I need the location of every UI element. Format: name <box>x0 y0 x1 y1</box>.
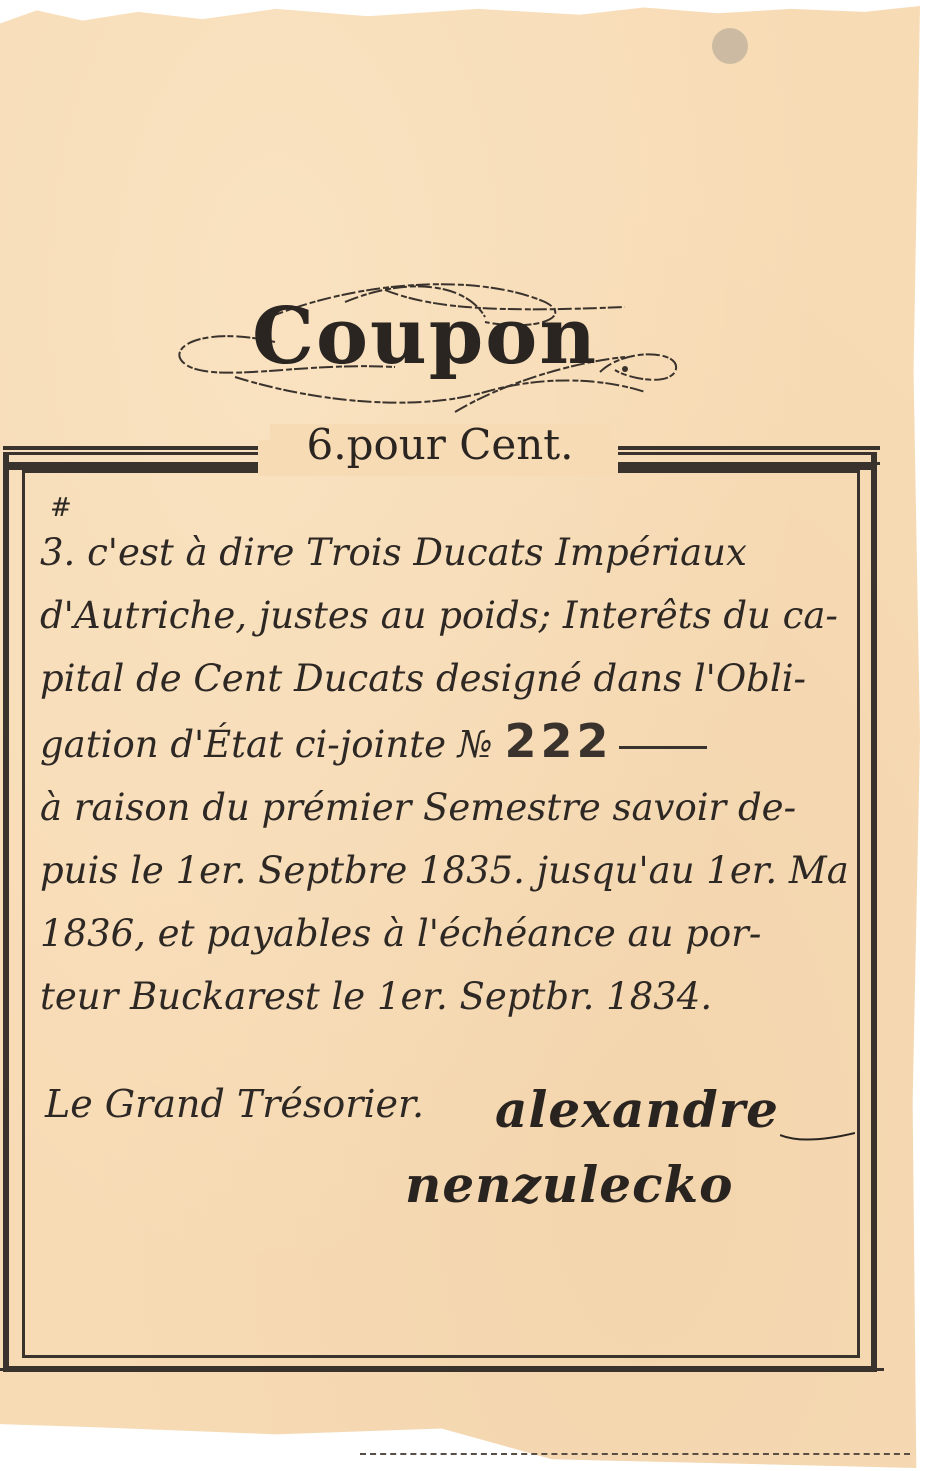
body-line: pital de Cent Ducats designé dans l'Obli… <box>40 647 850 710</box>
signature-line-1: alexandre <box>495 1080 779 1139</box>
paper-stain <box>712 28 748 64</box>
body-line: teur Buckarest le 1er. Septbr. 1834. <box>40 965 850 1028</box>
bond-number: 222 <box>505 714 613 768</box>
interest-rate-heading: 6.pour Cent. <box>270 424 610 466</box>
signatory-label: Le Grand Trésorier. <box>45 1082 424 1126</box>
body-line: puis le 1er. Septbre 1835. jusqu'au 1er.… <box>40 839 850 902</box>
coupon-title: Coupon <box>245 298 605 376</box>
fill-line <box>619 746 707 749</box>
body-line-text: gation d'État ci-jointe № <box>40 723 493 766</box>
outer-border-bottom-line <box>0 1368 884 1371</box>
signature-line-2: nenzulecko <box>405 1155 734 1214</box>
body-line: à raison du prémier Semestre savoir de- <box>40 776 850 839</box>
body-line: d'Autriche, justes au poids; Interêts du… <box>40 584 850 647</box>
coupon-body: # 3. c'est à dire Trois Ducats Impériaux… <box>40 495 850 1028</box>
body-line: 3. c'est à dire Trois Ducats Impériaux <box>40 521 850 584</box>
cut-line <box>360 1453 910 1455</box>
body-line: 1836, et payables à l'échéance au por- <box>40 902 850 965</box>
body-line-bond: gation d'État ci-jointe № 222 <box>40 710 850 776</box>
number-mark: # <box>50 495 850 521</box>
signature-flourish <box>780 1125 855 1145</box>
